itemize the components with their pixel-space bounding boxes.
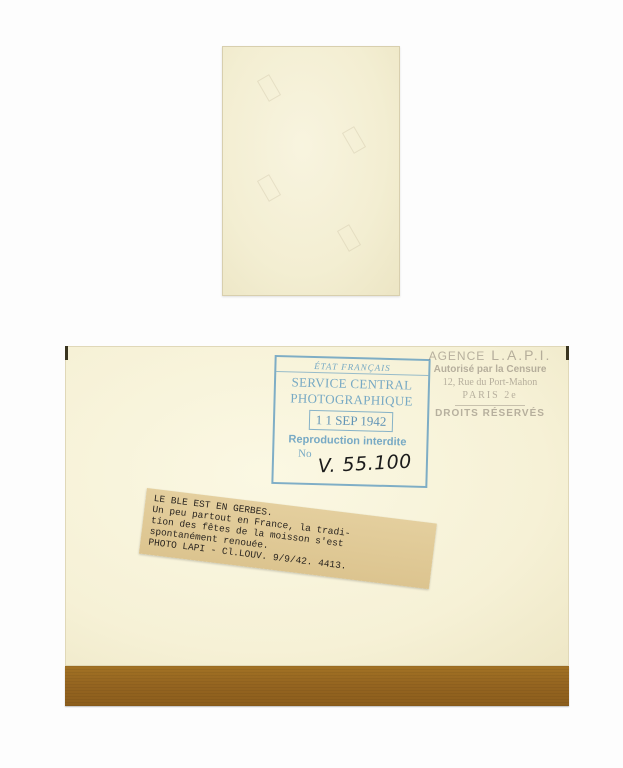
agency-address: 12, Rue du Port-Mahon [420, 377, 560, 388]
agency-lapi-stamp: AGENCEL.A.P.I. Autorisé par la Censure 1… [420, 347, 560, 419]
agency-word: AGENCE [429, 349, 486, 363]
watermark-mark [337, 224, 361, 252]
stamp-line2: PHOTOGRAPHIQUE [275, 391, 427, 408]
stamp-date: 1 1 SEP 1942 [308, 410, 393, 432]
watermark-mark [342, 126, 366, 154]
watermark-mark [257, 174, 281, 202]
kraft-paper-tape [65, 666, 569, 706]
agency-censure: Autorisé par la Censure [420, 364, 560, 375]
agency-rights: DROITS RÉSERVÉS [420, 408, 560, 419]
small-photo-back [222, 46, 400, 296]
watermark-mark [257, 74, 281, 102]
card-corner [566, 346, 569, 360]
agency-city: PARIS 2e [420, 390, 560, 401]
stamp-line1: SERVICE CENTRAL [276, 375, 428, 392]
stamp-header: ÉTAT FRANÇAIS [276, 360, 428, 376]
agency-title: AGENCEL.A.P.I. [420, 347, 560, 363]
agency-name: L.A.P.I. [491, 347, 551, 363]
agency-divider [455, 405, 525, 406]
card-corner [65, 346, 68, 360]
stamp-reproduction: Reproduction interdite [274, 433, 426, 449]
